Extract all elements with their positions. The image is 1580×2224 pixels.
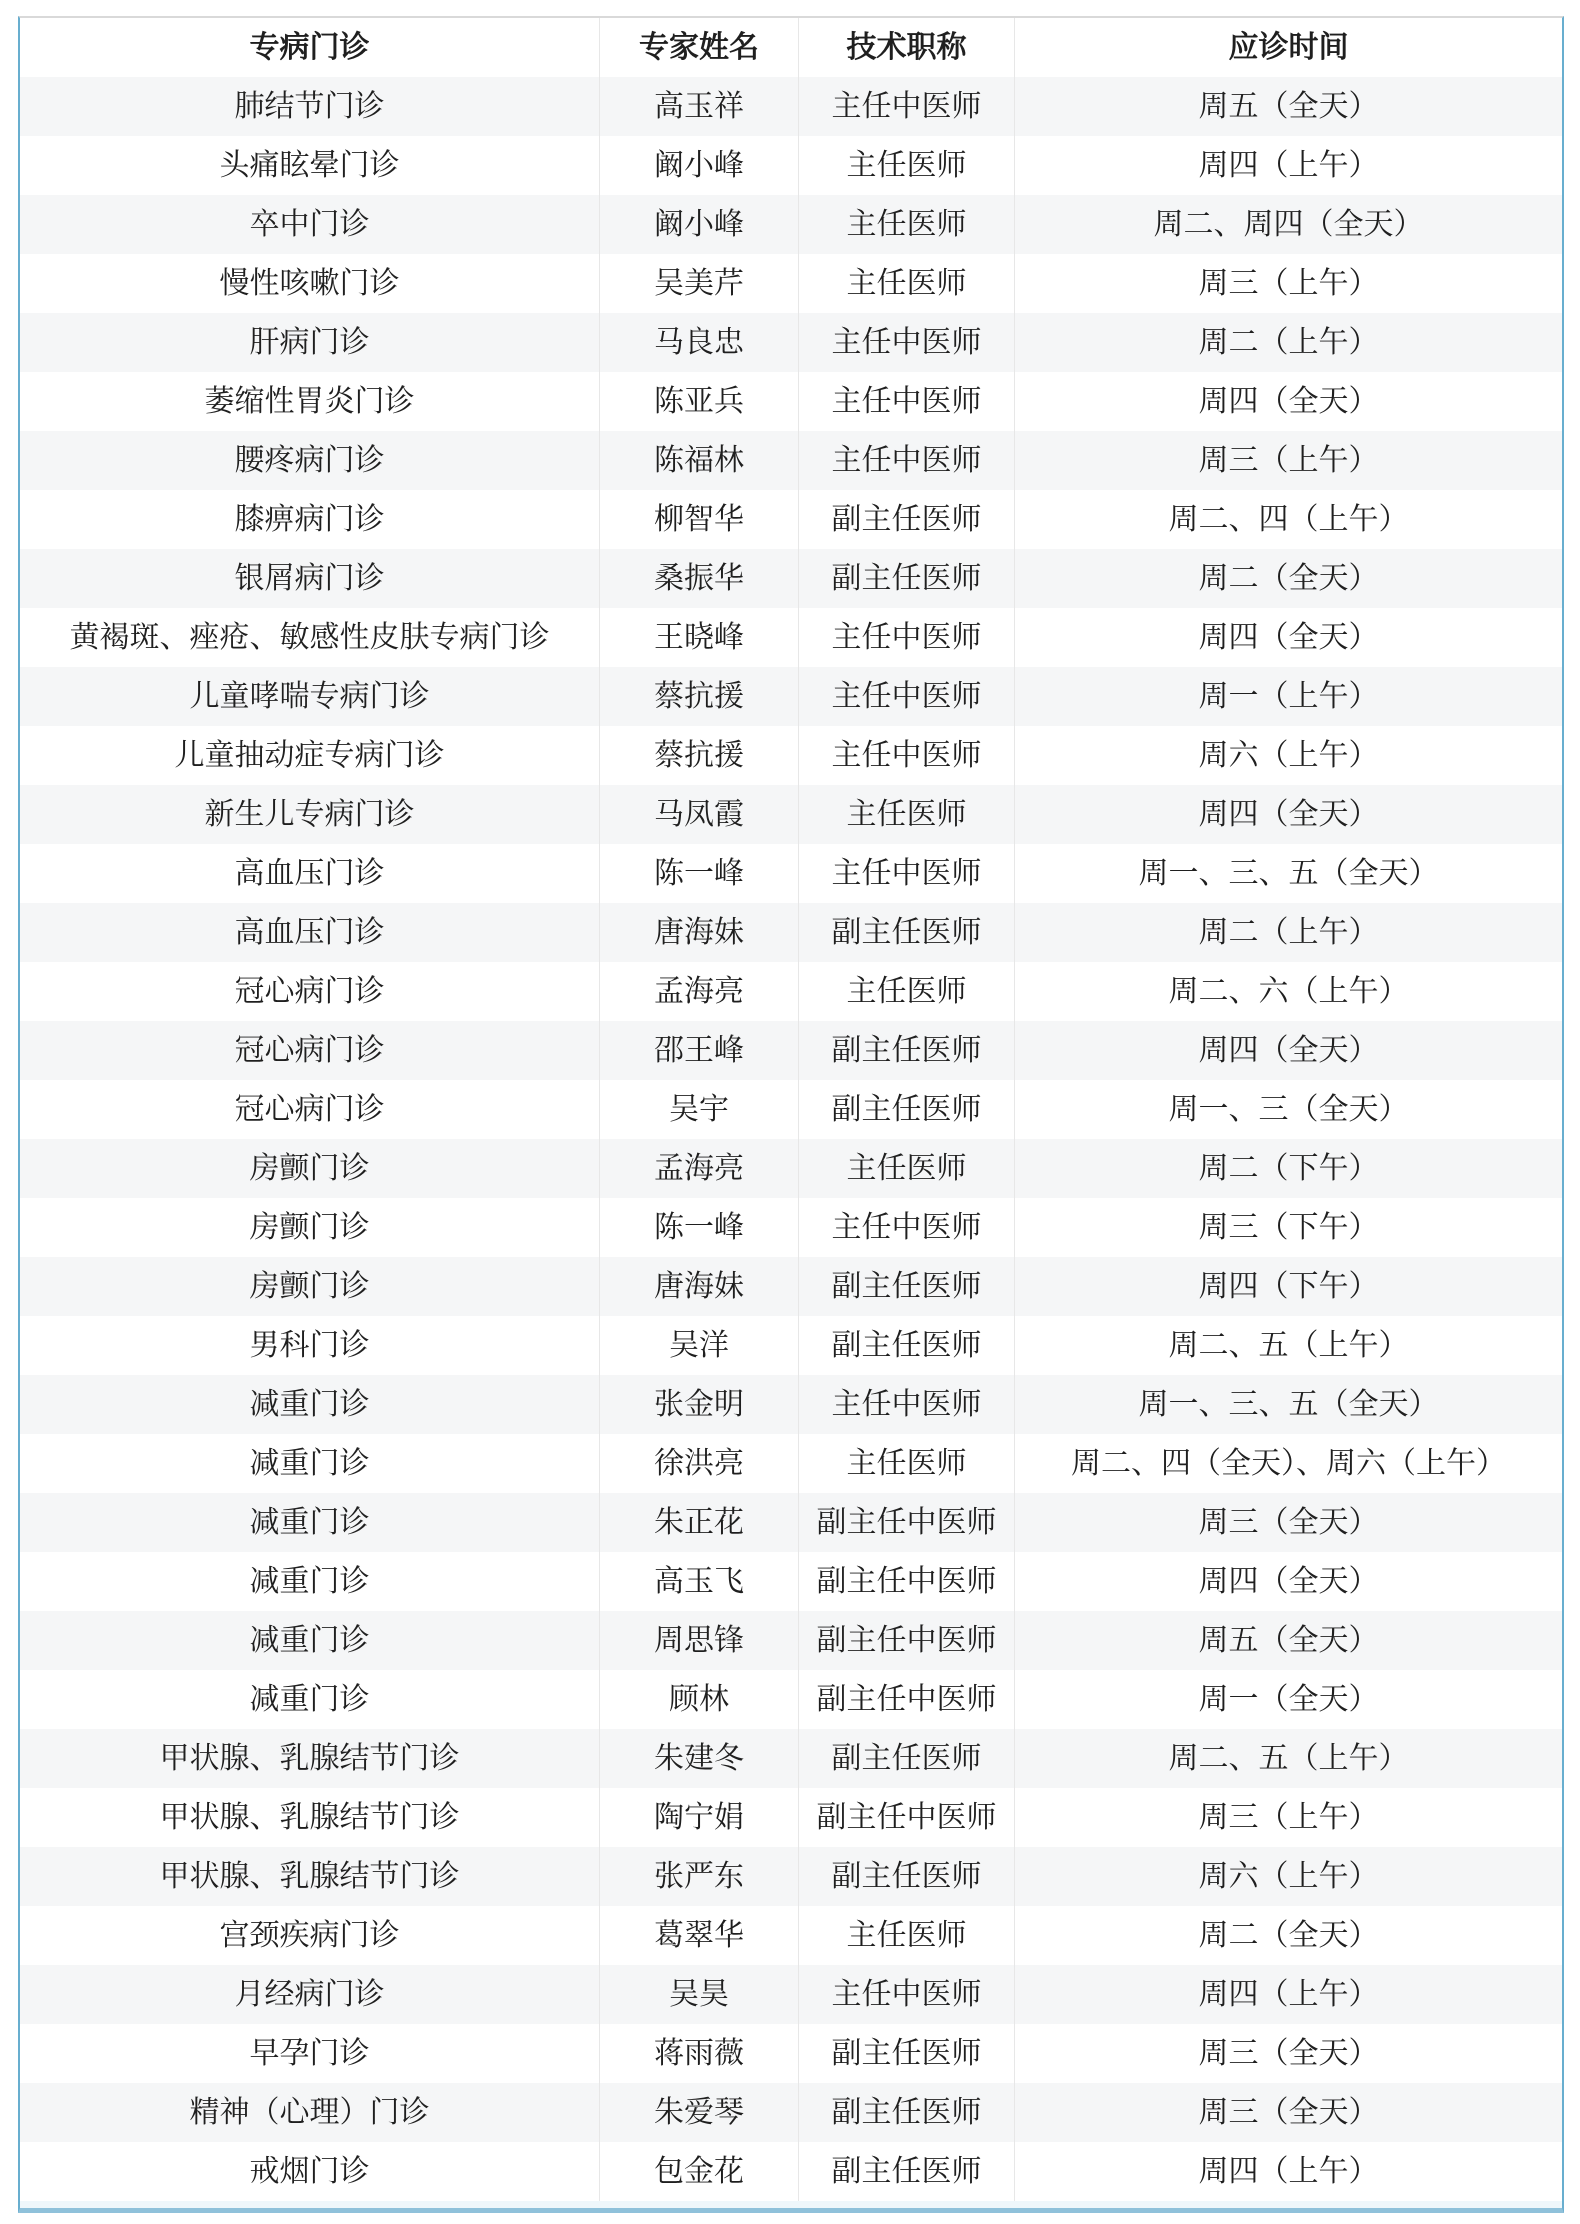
table-row: 儿童哮喘专病门诊 蔡抗援 主任中医师 周一（上午）: [20, 667, 1562, 726]
cell-title: 主任医师: [799, 254, 1015, 313]
table-row: 头痛眩晕门诊 阚小峰 主任医师 周四（上午）: [20, 136, 1562, 195]
table-row: 新生儿专病门诊 马凤霞 主任医师 周四（全天）: [20, 785, 1562, 844]
cell-doctor: 张严东: [600, 1847, 799, 1906]
cell-clinic: 冠心病门诊: [20, 1021, 600, 1080]
cell-clinic: 高血压门诊: [20, 903, 600, 962]
cell-doctor: 陈亚兵: [600, 372, 799, 431]
cell-doctor: 唐海妹: [600, 903, 799, 962]
cell-schedule: 周四（上午）: [1015, 2142, 1562, 2201]
table-row: 房颤门诊 孟海亮 主任医师 周二（下午）: [20, 1139, 1562, 1198]
specialty-clinic-schedule-table: 专病门诊 专家姓名 技术职称 应诊时间 肺结节门诊 高玉祥 主任中医师 周五（全…: [18, 16, 1564, 2213]
cell-schedule: 周一（上午）: [1015, 667, 1562, 726]
cell-schedule: 周四（全天）: [1015, 1021, 1562, 1080]
table-row: 减重门诊 顾林 副主任中医师 周一（全天）: [20, 1670, 1562, 1729]
cell-clinic: 男科门诊: [20, 1316, 600, 1375]
table-row: 减重门诊 徐洪亮 主任医师 周二、四（全天）、周六（上午）: [20, 1434, 1562, 1493]
cell-schedule: 周四（下午）: [1015, 1257, 1562, 1316]
cell-doctor: 周思锋: [600, 1611, 799, 1670]
cell-doctor: 陈福林: [600, 431, 799, 490]
cell-title: 副主任医师: [799, 549, 1015, 608]
table-footer-strip: [20, 2201, 1562, 2208]
cell-title: 主任医师: [799, 195, 1015, 254]
table-row: 冠心病门诊 邵王峰 副主任医师 周四（全天）: [20, 1021, 1562, 1080]
cell-clinic: 甲状腺、乳腺结节门诊: [20, 1729, 600, 1788]
cell-schedule: 周三（全天）: [1015, 2024, 1562, 2083]
cell-title: 副主任医师: [799, 2142, 1015, 2201]
cell-doctor: 顾林: [600, 1670, 799, 1729]
table-row: 冠心病门诊 吴宇 副主任医师 周一、三（全天）: [20, 1080, 1562, 1139]
cell-clinic: 头痛眩晕门诊: [20, 136, 600, 195]
cell-clinic: 卒中门诊: [20, 195, 600, 254]
cell-doctor: 朱建冬: [600, 1729, 799, 1788]
cell-schedule: 周二（全天）: [1015, 549, 1562, 608]
table-row: 减重门诊 朱正花 副主任中医师 周三（全天）: [20, 1493, 1562, 1552]
cell-schedule: 周三（上午）: [1015, 431, 1562, 490]
cell-clinic: 减重门诊: [20, 1611, 600, 1670]
table-row: 房颤门诊 唐海妹 副主任医师 周四（下午）: [20, 1257, 1562, 1316]
table-row: 银屑病门诊 桑振华 副主任医师 周二（全天）: [20, 549, 1562, 608]
table-row: 早孕门诊 蒋雨薇 副主任医师 周三（全天）: [20, 2024, 1562, 2083]
cell-schedule: 周三（上午）: [1015, 254, 1562, 313]
cell-title: 副主任医师: [799, 2083, 1015, 2142]
table-row: 肝病门诊 马良忠 主任中医师 周二（上午）: [20, 313, 1562, 372]
cell-title: 主任中医师: [799, 431, 1015, 490]
cell-schedule: 周二（全天）: [1015, 1906, 1562, 1965]
cell-title: 副主任中医师: [799, 1788, 1015, 1847]
cell-schedule: 周二（上午）: [1015, 903, 1562, 962]
header-cell-title: 技术职称: [799, 18, 1015, 77]
cell-doctor: 陈一峰: [600, 1198, 799, 1257]
cell-schedule: 周三（下午）: [1015, 1198, 1562, 1257]
cell-schedule: 周四（全天）: [1015, 1552, 1562, 1611]
cell-title: 主任中医师: [799, 372, 1015, 431]
cell-schedule: 周二（下午）: [1015, 1139, 1562, 1198]
cell-schedule: 周二、周四（全天）: [1015, 195, 1562, 254]
cell-doctor: 吴洋: [600, 1316, 799, 1375]
cell-doctor: 阚小峰: [600, 195, 799, 254]
table-row: 膝痹病门诊 柳智华 副主任医师 周二、四（上午）: [20, 490, 1562, 549]
cell-title: 主任中医师: [799, 77, 1015, 136]
cell-schedule: 周三（全天）: [1015, 2083, 1562, 2142]
cell-title: 主任医师: [799, 1434, 1015, 1493]
cell-clinic: 儿童抽动症专病门诊: [20, 726, 600, 785]
table-row: 黄褐斑、痤疮、敏感性皮肤专病门诊 王晓峰 主任中医师 周四（全天）: [20, 608, 1562, 667]
cell-schedule: 周六（上午）: [1015, 1847, 1562, 1906]
cell-doctor: 马良忠: [600, 313, 799, 372]
table-row: 减重门诊 张金明 主任中医师 周一、三、五（全天）: [20, 1375, 1562, 1434]
cell-schedule: 周三（全天）: [1015, 1493, 1562, 1552]
table-row: 房颤门诊 陈一峰 主任中医师 周三（下午）: [20, 1198, 1562, 1257]
cell-clinic: 减重门诊: [20, 1375, 600, 1434]
cell-doctor: 孟海亮: [600, 962, 799, 1021]
table-row: 儿童抽动症专病门诊 蔡抗援 主任中医师 周六（上午）: [20, 726, 1562, 785]
cell-doctor: 马凤霞: [600, 785, 799, 844]
cell-clinic: 新生儿专病门诊: [20, 785, 600, 844]
cell-doctor: 张金明: [600, 1375, 799, 1434]
cell-title: 副主任医师: [799, 1257, 1015, 1316]
cell-title: 主任医师: [799, 962, 1015, 1021]
table-body: 肺结节门诊 高玉祥 主任中医师 周五（全天） 头痛眩晕门诊 阚小峰 主任医师 周…: [20, 77, 1562, 2201]
cell-schedule: 周二（上午）: [1015, 313, 1562, 372]
cell-clinic: 萎缩性胃炎门诊: [20, 372, 600, 431]
cell-doctor: 柳智华: [600, 490, 799, 549]
cell-clinic: 肝病门诊: [20, 313, 600, 372]
cell-schedule: 周五（全天）: [1015, 1611, 1562, 1670]
cell-schedule: 周四（上午）: [1015, 136, 1562, 195]
cell-clinic: 膝痹病门诊: [20, 490, 600, 549]
cell-schedule: 周一、三、五（全天）: [1015, 1375, 1562, 1434]
table-row: 高血压门诊 唐海妹 副主任医师 周二（上午）: [20, 903, 1562, 962]
cell-title: 副主任医师: [799, 1080, 1015, 1139]
cell-title: 副主任中医师: [799, 1670, 1015, 1729]
cell-doctor: 蔡抗援: [600, 726, 799, 785]
table-row: 慢性咳嗽门诊 吴美芹 主任医师 周三（上午）: [20, 254, 1562, 313]
cell-doctor: 高玉飞: [600, 1552, 799, 1611]
cell-title: 主任中医师: [799, 1375, 1015, 1434]
cell-clinic: 冠心病门诊: [20, 1080, 600, 1139]
cell-clinic: 精神（心理）门诊: [20, 2083, 600, 2142]
table-row: 甲状腺、乳腺结节门诊 陶宁娟 副主任中医师 周三（上午）: [20, 1788, 1562, 1847]
cell-schedule: 周四（上午）: [1015, 1965, 1562, 2024]
cell-schedule: 周二、四（上午）: [1015, 490, 1562, 549]
cell-clinic: 冠心病门诊: [20, 962, 600, 1021]
cell-schedule: 周一、三（全天）: [1015, 1080, 1562, 1139]
table-row: 精神（心理）门诊 朱爱琴 副主任医师 周三（全天）: [20, 2083, 1562, 2142]
cell-clinic: 肺结节门诊: [20, 77, 600, 136]
cell-schedule: 周二、四（全天）、周六（上午）: [1015, 1434, 1562, 1493]
header-cell-clinic: 专病门诊: [20, 18, 600, 77]
cell-doctor: 朱爱琴: [600, 2083, 799, 2142]
cell-title: 副主任医师: [799, 1847, 1015, 1906]
cell-title: 主任中医师: [799, 608, 1015, 667]
cell-doctor: 陶宁娟: [600, 1788, 799, 1847]
cell-clinic: 高血压门诊: [20, 844, 600, 903]
cell-doctor: 朱正花: [600, 1493, 799, 1552]
cell-schedule: 周一（全天）: [1015, 1670, 1562, 1729]
cell-title: 副主任中医师: [799, 1552, 1015, 1611]
cell-clinic: 慢性咳嗽门诊: [20, 254, 600, 313]
cell-schedule: 周四（全天）: [1015, 785, 1562, 844]
cell-doctor: 桑振华: [600, 549, 799, 608]
cell-schedule: 周二、六（上午）: [1015, 962, 1562, 1021]
cell-doctor: 吴昊: [600, 1965, 799, 2024]
table-row: 减重门诊 高玉飞 副主任中医师 周四（全天）: [20, 1552, 1562, 1611]
cell-clinic: 早孕门诊: [20, 2024, 600, 2083]
header-cell-doctor: 专家姓名: [600, 18, 799, 77]
table-row: 肺结节门诊 高玉祥 主任中医师 周五（全天）: [20, 77, 1562, 136]
cell-doctor: 唐海妹: [600, 1257, 799, 1316]
cell-clinic: 月经病门诊: [20, 1965, 600, 2024]
cell-schedule: 周二、五（上午）: [1015, 1316, 1562, 1375]
cell-doctor: 徐洪亮: [600, 1434, 799, 1493]
cell-title: 主任中医师: [799, 844, 1015, 903]
cell-doctor: 王晓峰: [600, 608, 799, 667]
cell-clinic: 减重门诊: [20, 1670, 600, 1729]
table-row: 冠心病门诊 孟海亮 主任医师 周二、六（上午）: [20, 962, 1562, 1021]
table-row: 男科门诊 吴洋 副主任医师 周二、五（上午）: [20, 1316, 1562, 1375]
cell-doctor: 陈一峰: [600, 844, 799, 903]
cell-schedule: 周二、五（上午）: [1015, 1729, 1562, 1788]
cell-title: 主任中医师: [799, 667, 1015, 726]
cell-clinic: 减重门诊: [20, 1552, 600, 1611]
cell-doctor: 葛翠华: [600, 1906, 799, 1965]
cell-title: 主任中医师: [799, 313, 1015, 372]
cell-clinic: 减重门诊: [20, 1493, 600, 1552]
cell-title: 副主任医师: [799, 1021, 1015, 1080]
cell-doctor: 吴宇: [600, 1080, 799, 1139]
cell-title: 主任医师: [799, 785, 1015, 844]
cell-doctor: 吴美芹: [600, 254, 799, 313]
cell-title: 副主任中医师: [799, 1493, 1015, 1552]
cell-clinic: 黄褐斑、痤疮、敏感性皮肤专病门诊: [20, 608, 600, 667]
cell-clinic: 甲状腺、乳腺结节门诊: [20, 1847, 600, 1906]
cell-title: 主任中医师: [799, 1198, 1015, 1257]
cell-clinic: 银屑病门诊: [20, 549, 600, 608]
cell-schedule: 周三（上午）: [1015, 1788, 1562, 1847]
cell-clinic: 宫颈疾病门诊: [20, 1906, 600, 1965]
cell-title: 副主任医师: [799, 903, 1015, 962]
header-cell-schedule: 应诊时间: [1015, 18, 1562, 77]
cell-title: 副主任医师: [799, 1316, 1015, 1375]
cell-doctor: 阚小峰: [600, 136, 799, 195]
table-row: 腰疼病门诊 陈福林 主任中医师 周三（上午）: [20, 431, 1562, 490]
cell-title: 主任中医师: [799, 1965, 1015, 2024]
cell-clinic: 儿童哮喘专病门诊: [20, 667, 600, 726]
cell-title: 副主任中医师: [799, 1611, 1015, 1670]
table-row: 减重门诊 周思锋 副主任中医师 周五（全天）: [20, 1611, 1562, 1670]
table-header-row: 专病门诊 专家姓名 技术职称 应诊时间: [20, 18, 1562, 77]
table-row: 卒中门诊 阚小峰 主任医师 周二、周四（全天）: [20, 195, 1562, 254]
cell-clinic: 腰疼病门诊: [20, 431, 600, 490]
cell-title: 副主任医师: [799, 2024, 1015, 2083]
table-row: 戒烟门诊 包金花 副主任医师 周四（上午）: [20, 2142, 1562, 2201]
cell-schedule: 周六（上午）: [1015, 726, 1562, 785]
cell-clinic: 戒烟门诊: [20, 2142, 600, 2201]
table-row: 甲状腺、乳腺结节门诊 张严东 副主任医师 周六（上午）: [20, 1847, 1562, 1906]
cell-schedule: 周一、三、五（全天）: [1015, 844, 1562, 903]
cell-title: 主任中医师: [799, 726, 1015, 785]
cell-doctor: 蔡抗援: [600, 667, 799, 726]
cell-schedule: 周四（全天）: [1015, 608, 1562, 667]
cell-title: 主任医师: [799, 136, 1015, 195]
table-row: 萎缩性胃炎门诊 陈亚兵 主任中医师 周四（全天）: [20, 372, 1562, 431]
table-row: 高血压门诊 陈一峰 主任中医师 周一、三、五（全天）: [20, 844, 1562, 903]
cell-clinic: 甲状腺、乳腺结节门诊: [20, 1788, 600, 1847]
cell-doctor: 高玉祥: [600, 77, 799, 136]
cell-clinic: 房颤门诊: [20, 1198, 600, 1257]
table-row: 宫颈疾病门诊 葛翠华 主任医师 周二（全天）: [20, 1906, 1562, 1965]
cell-schedule: 周四（全天）: [1015, 372, 1562, 431]
cell-clinic: 减重门诊: [20, 1434, 600, 1493]
cell-clinic: 房颤门诊: [20, 1139, 600, 1198]
cell-doctor: 邵王峰: [600, 1021, 799, 1080]
cell-title: 主任医师: [799, 1906, 1015, 1965]
cell-doctor: 蒋雨薇: [600, 2024, 799, 2083]
cell-title: 主任医师: [799, 1139, 1015, 1198]
cell-doctor: 孟海亮: [600, 1139, 799, 1198]
table-row: 甲状腺、乳腺结节门诊 朱建冬 副主任医师 周二、五（上午）: [20, 1729, 1562, 1788]
table-row: 月经病门诊 吴昊 主任中医师 周四（上午）: [20, 1965, 1562, 2024]
cell-schedule: 周五（全天）: [1015, 77, 1562, 136]
cell-title: 副主任医师: [799, 490, 1015, 549]
cell-clinic: 房颤门诊: [20, 1257, 600, 1316]
cell-doctor: 包金花: [600, 2142, 799, 2201]
cell-title: 副主任医师: [799, 1729, 1015, 1788]
